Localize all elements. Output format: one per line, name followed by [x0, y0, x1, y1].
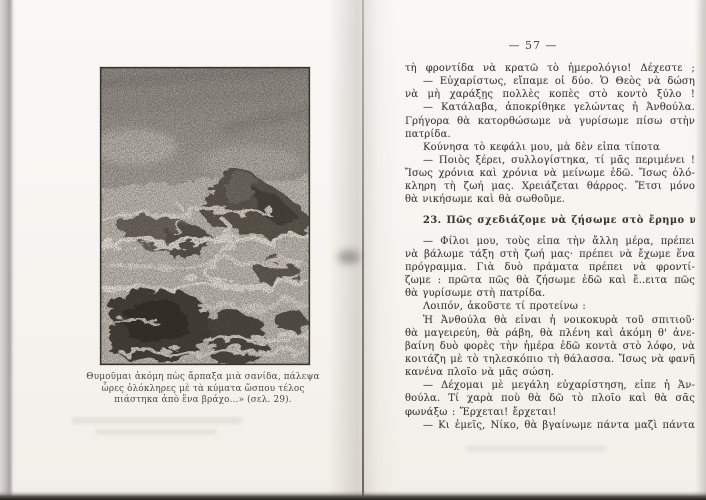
- scan-bottom-edge: [0, 491, 706, 500]
- text-line: φωνάξω : Ἔρχεται! ἔρχεται!: [405, 406, 695, 419]
- section-heading: 23. Πῶς σχεδιάζομε νὰ ζήσωμε στὸ ἔρημο ν…: [405, 214, 695, 227]
- text-line: — Φίλοι μου, τοὺς εἶπα τὴν ἄλλη μέρα, πρ…: [405, 235, 695, 248]
- text-line: — Κατάλαβα, ἀποκρίθηκε γελώντας ἡ Ἀνθούλ…: [405, 101, 695, 114]
- text-line: πρόγραμμα. Γιὰ δυὸ πράματα πρέπει νὰ φρο…: [405, 261, 695, 274]
- text-line: — Ποιὸς ξέρει, συλλογίστηκα, τί μᾶς περι…: [405, 154, 695, 167]
- text-line: ζωμε : πρῶτα πῶς θὰ ζήσωμε ἐδῶ καὶ ἔ..ει…: [405, 274, 695, 287]
- text-line: θούλα. Τί χαρὰ ποὺ θὰ δῶ τὸ πλοῖο καὶ θὰ…: [405, 392, 695, 405]
- text-line: Κούνησα τὸ κεφάλι μου, μὰ δὲν εἶπα τίποτ…: [405, 141, 695, 154]
- caption-line: πιάστηκα ἀπὸ ἕνα βράχο...» (σελ. 29).: [58, 395, 348, 407]
- open-book-scan: Θυμοῦμαι ἀκόμη πὼς ἅρπαξα μιὰ σανίδα, πά…: [0, 0, 706, 500]
- book-spine-smudge: [338, 250, 360, 264]
- text-line: θὰ γυρίσωμε στὴ πατρίδα.: [405, 287, 695, 300]
- illustration-plate: [100, 67, 310, 365]
- scan-right-page-edge: [695, 0, 706, 500]
- text-line: κληρη τὴ ζωή μας. Χρειάζεται θάρρος. Ἔτσ…: [405, 180, 695, 193]
- text-line: κανένα πλοῖο νὰ μᾶς σώση.: [405, 366, 695, 379]
- page-number: — 57 —: [405, 39, 661, 52]
- scan-left-page-edge: [0, 0, 16, 500]
- page-showthrough-mark: [96, 430, 216, 434]
- text-line: — Δέχομαι μὲ μεγάλη εὐχαρίστηση, εἶπε ἡ …: [405, 379, 695, 392]
- body-text-column: τὴ φροντίδα νὰ κρατῶ τὸ ἡμερολόγιο! Δέχε…: [405, 62, 695, 432]
- caption-line: Θυμοῦμαι ἀκόμη πὼς ἅρπαξα μιὰ σανίδα, πά…: [58, 372, 348, 384]
- text-line: θὰ μαγειρεύη, θὰ ράβη, θὰ πλένη καὶ ἀκόμ…: [405, 327, 695, 340]
- text-line: — Εὐχαρίστως, εἴπαμε οἱ δύο. Ὁ Θεὸς νὰ δ…: [405, 75, 695, 88]
- book-spine-fold-line: [362, 0, 364, 500]
- page-showthrough-mark: [466, 446, 606, 451]
- text-line: κοιτάζη μὲ τὸ τηλεσκόπιο τὴ θάλασσα. Ἴσω…: [405, 353, 695, 366]
- text-line: τὴ φροντίδα νὰ κρατῶ τὸ ἡμερολόγιο! Δέχε…: [405, 62, 695, 75]
- text-line: πατρίδα.: [405, 128, 695, 141]
- text-line: νὰ μὴ χαράξῃς πολλὲς κοπὲς στὸ κοντὸ ξύλ…: [405, 88, 695, 101]
- text-line: Λοιπόν, ἀκοῦστε τί προτείνω :: [405, 300, 695, 313]
- text-line: θὰ νικήσωμε καὶ θὰ σωθοῦμε.: [405, 193, 695, 206]
- text-line: βαίνη δυὸ φορὲς τὴν ἡμέρα ἐδῶ κοντὰ στὸ …: [405, 340, 695, 353]
- text-line: Ἡ Ἀνθούλα θὰ εἶναι ἡ νοικοκυρὰ τοῦ σπιτι…: [405, 314, 695, 327]
- text-line: νὰ βάλωμε τάξη στὴ ζωή μας· πρέπει νὰ ἔχ…: [405, 248, 695, 261]
- text-line: — Κι ἐμεῖς, Νίκο, θὰ βγαίνωμε πάντα μαζὶ…: [405, 419, 695, 432]
- text-line: Ἴσως χρόνια καὶ χρόνια νὰ μείνωμε ἐδῶ. Ἴ…: [405, 167, 695, 180]
- storm-sea-engraving-illustration: [100, 67, 310, 365]
- caption-line: ὧρες ὁλόκληρες μὲ τὰ κύματα ὥσπου τέλος: [58, 384, 348, 396]
- illustration-caption: Θυμοῦμαι ἀκόμη πὼς ἅρπαξα μιὰ σανίδα, πά…: [58, 372, 348, 407]
- text-line: Γρήγορα θὰ κατορθώσωμε νὰ γυρίσωμε πίσω …: [405, 115, 695, 128]
- page-showthrough-mark: [72, 418, 242, 423]
